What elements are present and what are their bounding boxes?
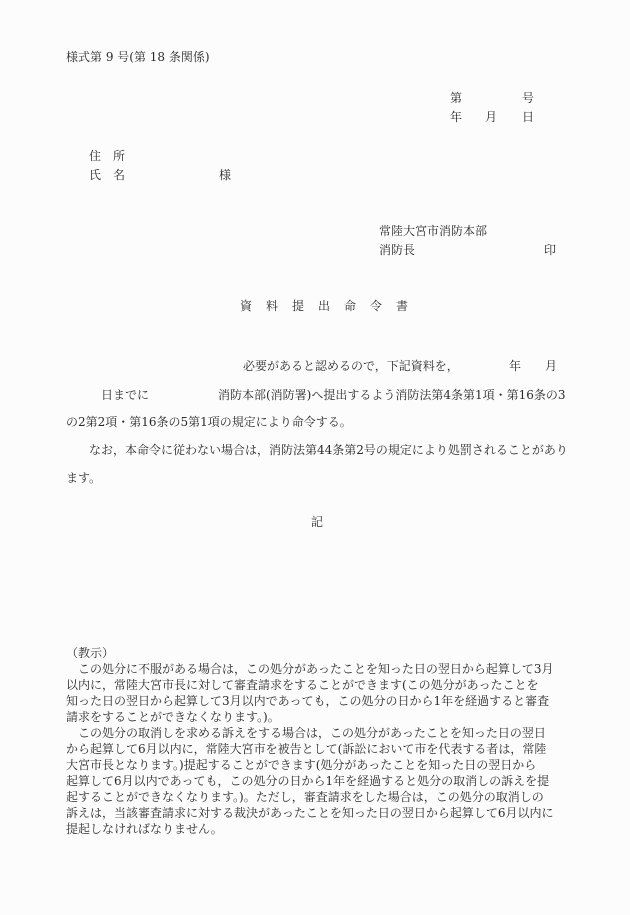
number-dai: 第	[450, 91, 462, 105]
title-char: 書	[396, 299, 422, 313]
document-title: 資料提出命令書	[240, 299, 422, 313]
notice-line: 提起しなければなりません。	[66, 821, 566, 837]
body-month: 月	[545, 359, 557, 373]
notice-line: 起算して6月以内であっても，この処分の日から1年を経過すると処分の取消しの訴えを…	[66, 773, 566, 789]
issuer-title: 消防長	[379, 243, 415, 257]
title-char: 料	[266, 299, 292, 313]
notice-line: 知った日の翌日から起算して3月以内であっても，この処分の日から1年を経過すると審…	[66, 693, 566, 709]
body-line-3: の2第2項・第16条の5第1項の規定により命令する。	[66, 415, 352, 429]
notice-line: 以内に，常陸大宮市長に対して審査請求をすることができます(この処分があったことを	[66, 677, 566, 693]
title-char: 令	[370, 299, 396, 313]
date-day: 日	[522, 110, 534, 124]
title-char: 資	[240, 299, 266, 313]
seal-mark: 印	[544, 243, 556, 257]
name-label: 氏 名	[89, 168, 125, 182]
body-line-5: ます。	[66, 471, 101, 485]
number-go: 号	[522, 91, 534, 105]
date-month: 月	[485, 110, 497, 124]
notice-line: 訴えは，当該審査請求に対する裁決があったことを知った日の翌日から起算して6月以内…	[66, 805, 566, 821]
notice-line: この処分に不服がある場合は，この処分があったことを知った日の翌日から起算して3月	[66, 661, 566, 677]
date-year: 年	[450, 110, 462, 124]
ki-heading: 記	[311, 515, 323, 529]
honorific: 様	[219, 168, 231, 182]
body-line-4: なお，本命令に従わない場合は，消防法第44条第2号の規定により処罰されることがあ…	[89, 443, 568, 457]
title-char: 提	[292, 299, 318, 313]
title-char: 出	[318, 299, 344, 313]
notice-heading: （教示）	[66, 645, 566, 661]
notice-section: （教示） この処分に不服がある場合は，この処分があったことを知った日の翌日から起…	[66, 645, 566, 837]
notice-line: 起することができなくなります。)。ただし，審査請求をした場合は，この処分の取消し…	[66, 789, 566, 805]
body-day: 日までに	[101, 388, 149, 402]
issuer-organization: 常陸大宮市消防本部	[379, 224, 487, 238]
body-line-2: 消防本部(消防署)へ提出するよう消防法第4条第1項・第16条の3	[218, 388, 566, 402]
notice-line: 請求をすることができなくなります。)。	[66, 709, 566, 725]
notice-line: から起算して6月以内に，常陸大宮市を被告として(訴訟において市を代表する者は，常…	[66, 741, 566, 757]
body-year: 年	[509, 359, 521, 373]
notice-line: 大宮市長となります。)提起することができます(処分があったことを知った日の翌日か…	[66, 757, 566, 773]
body-line-1: 必要があると認めるので，下記資料を，	[243, 359, 459, 373]
title-char: 命	[344, 299, 370, 313]
form-label: 様式第 9 号(第 18 条関係)	[66, 50, 210, 64]
notice-line: この処分の取消しを求める訴えをする場合は，この処分があったことを知った日の翌日	[66, 725, 566, 741]
address-label: 住 所	[89, 149, 125, 163]
